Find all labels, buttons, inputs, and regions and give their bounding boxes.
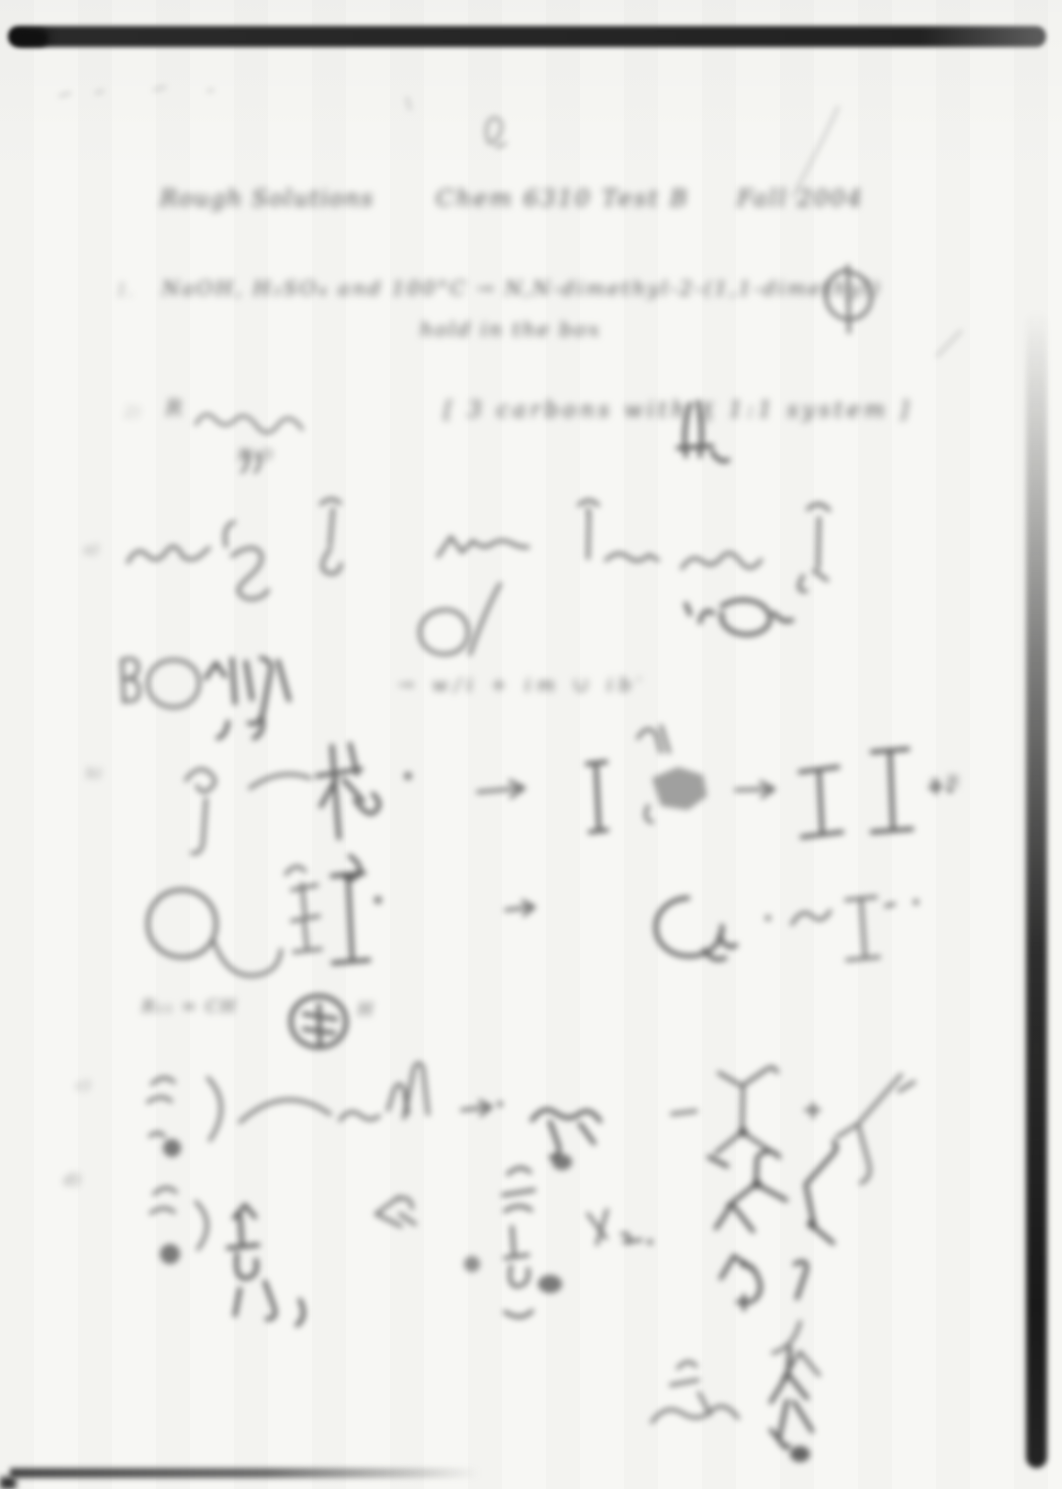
part-b-reaction-sketch bbox=[186, 726, 953, 879]
scanned-page: Rough Solutions Chem 6310 Test B Fall 20… bbox=[0, 0, 1062, 1489]
substituent-circled-blob-sketch bbox=[291, 996, 346, 1047]
part-a-reaction-sketch bbox=[128, 499, 829, 654]
part-d-reaction-sketch bbox=[151, 1142, 836, 1379]
question-2-structure-sketch bbox=[196, 402, 728, 472]
handwriting-sketch-layer bbox=[0, 0, 1062, 1489]
part-c-reaction-sketch bbox=[148, 1063, 914, 1183]
question-1-circled-term-sketch bbox=[826, 266, 871, 332]
part-a-second-line-sketch bbox=[122, 658, 289, 738]
ring-opening-line-sketch bbox=[148, 867, 919, 976]
faint-top-margin-marks bbox=[60, 87, 961, 356]
bottom-right-structure-sketch bbox=[652, 1348, 812, 1462]
